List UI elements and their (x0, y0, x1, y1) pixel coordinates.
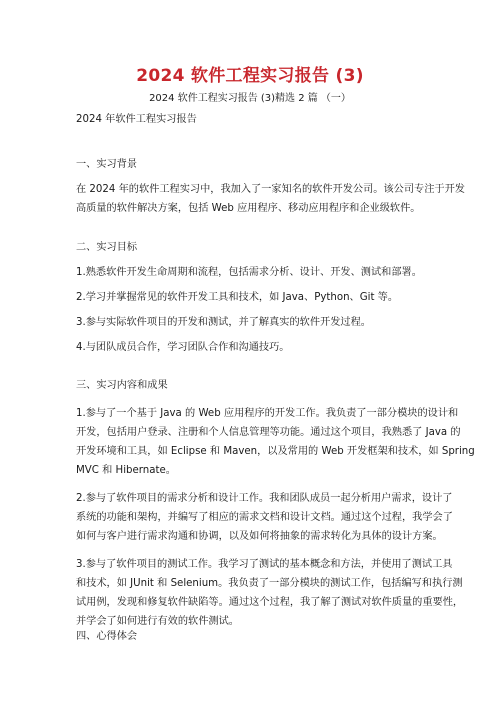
paragraph-line: 开发，包括用户登录、注册和个人信息管理等功能。通过这个项目，我熟悉了 Java … (76, 423, 461, 438)
paragraph-line: 在 2024 年的软件工程实习中，我加入了一家知名的软件开发公司。该公司专注于开… (76, 180, 465, 195)
paragraph-line: 系统的功能和架构，并编写了相应的需求文档和设计文档。通过这个过程，我学会了 (76, 508, 453, 523)
paragraph-line: 3.参与了软件项目的测试工作。我学习了测试的基本概念和方法，并使用了测试工具 (76, 555, 452, 570)
goal-item: 4.与团队成员合作，学习团队合作和沟通技巧。 (76, 338, 289, 353)
goal-item: 1.熟悉软件开发生命周期和流程，包括需求分析、设计、开发、测试和部署。 (76, 263, 422, 278)
paragraph-line: 和技术，如 JUnit 和 Selenium。我负责了一部分模块的测试工作，包括… (76, 574, 463, 589)
section-heading-reflections: 四、心得体会 (76, 627, 137, 642)
document-subtitle: 2024 软件工程实习报告 (3)精选 2 篇 （一） (0, 89, 500, 104)
section-heading-goals: 二、实习目标 (76, 238, 137, 253)
paragraph-line: 1.参与了一个基于 Java 的 Web 应用程序的开发工作。我负责了一部分模块… (76, 404, 458, 419)
paragraph-line: 高质量的软件解决方案，包括 Web 应用程序、移动应用程序和企业级软件。 (76, 199, 421, 214)
document-title: 2024 软件工程实习报告 (3) (0, 61, 500, 86)
section-heading-background: 一、实习背景 (76, 155, 137, 170)
paragraph-line: 试用例，发现和修复软件缺陷等。通过这个过程，我了解了测试对软件质量的重要性， (76, 593, 463, 608)
paragraph-line: 开发环境和工具，如 Eclipse 和 Maven，以及常用的 Web 开发框架… (76, 442, 475, 457)
paragraph-line: MVC 和 Hibernate。 (76, 461, 176, 476)
section-heading-content: 三、实习内容和成果 (76, 376, 168, 391)
document-page: 2024 软件工程实习报告 (3) 2024 软件工程实习报告 (3)精选 2 … (0, 0, 500, 707)
report-heading: 2024 年软件工程实习报告 (76, 110, 197, 125)
goal-item: 2.学习并掌握常见的软件开发工具和技术，如 Java、Python、Git 等。 (76, 288, 398, 303)
goal-item: 3.参与实际软件项目的开发和测试，并了解真实的软件开发过程。 (76, 313, 371, 328)
paragraph-line: 如何与客户进行需求沟通和协调，以及如何将抽象的需求转化为具体的设计方案。 (76, 527, 443, 542)
paragraph-line: 并学会了如何进行有效的软件测试。 (76, 612, 239, 627)
paragraph-line: 2.参与了软件项目的需求分析和设计工作。我和团队成员一起分析用户需求，设计了 (76, 489, 452, 504)
